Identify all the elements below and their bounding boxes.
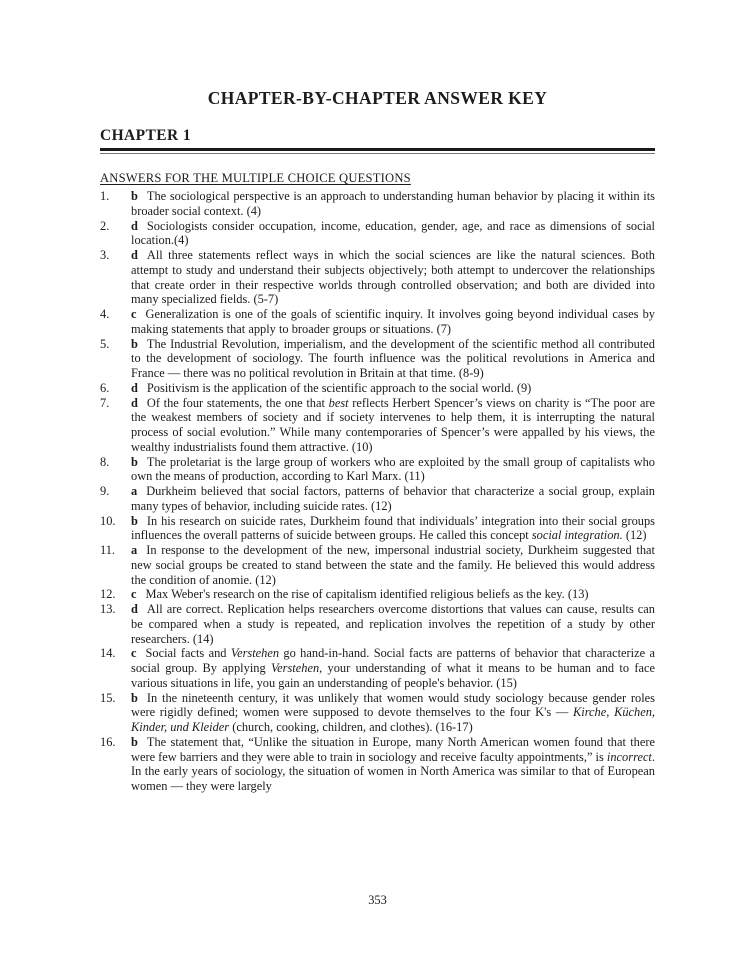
answer-letter: c <box>131 587 137 601</box>
answer-letter: d <box>131 396 138 410</box>
answer-letter: b <box>131 455 138 469</box>
answer-text: The sociological perspective is an appro… <box>131 189 655 218</box>
answer-text: The statement that, “Unlike the situatio… <box>131 735 655 764</box>
answer-text: The proletariat is the large group of wo… <box>131 455 655 484</box>
answer-letter: a <box>131 484 137 498</box>
answer-text: Max Weber's research on the rise of capi… <box>146 587 589 601</box>
answer-item: 8.bThe proletariat is the large group of… <box>100 455 655 485</box>
answer-item: 16.bThe statement that, “Unlike the situ… <box>100 735 655 794</box>
answer-text: All three statements reflect ways in whi… <box>131 248 655 306</box>
answer-letter: d <box>131 381 138 395</box>
answer-number: 11. <box>100 543 115 558</box>
answer-text: Durkheim believed that social factors, p… <box>131 484 655 513</box>
answer-text: All are correct. Replication helps resea… <box>131 602 655 646</box>
answer-number: 6. <box>100 381 109 396</box>
answer-letter: d <box>131 602 138 616</box>
answer-text: (church, cooking, children, and clothes)… <box>229 720 473 734</box>
answer-item: 11.aIn response to the development of th… <box>100 543 655 587</box>
answer-item: 4.cGeneralization is one of the goals of… <box>100 307 655 337</box>
answer-letter: b <box>131 337 138 351</box>
document-title: CHAPTER-BY-CHAPTER ANSWER KEY <box>100 88 655 109</box>
answer-text-italic: Verstehen <box>231 646 279 660</box>
answer-number: 4. <box>100 307 109 322</box>
answer-text: Sociologists consider occupation, income… <box>131 219 655 248</box>
answer-number: 5. <box>100 337 109 352</box>
answer-text-italic: social integration. <box>532 528 623 542</box>
chapter-rule-divider <box>100 148 655 154</box>
answer-item: 5.bThe Industrial Revolution, imperialis… <box>100 337 655 381</box>
answer-letter: a <box>131 543 137 557</box>
answer-number: 2. <box>100 219 109 234</box>
answer-item: 9.aDurkheim believed that social factors… <box>100 484 655 514</box>
answer-letter: c <box>131 307 137 321</box>
answer-item: 10.bIn his research on suicide rates, Du… <box>100 514 655 544</box>
answer-number: 1. <box>100 189 109 204</box>
answers-list: 1.bThe sociological perspective is an ap… <box>100 189 655 794</box>
answer-number: 10. <box>100 514 116 529</box>
answer-number: 7. <box>100 396 109 411</box>
answer-item: 12.cMax Weber's research on the rise of … <box>100 587 655 602</box>
answer-text: Positivism is the application of the sci… <box>147 381 531 395</box>
answer-text: The Industrial Revolution, imperialism, … <box>131 337 655 381</box>
answer-text: In response to the development of the ne… <box>131 543 655 587</box>
answer-letter: d <box>131 248 138 262</box>
answer-letter: b <box>131 189 138 203</box>
answer-letter: b <box>131 691 138 705</box>
answer-text: Generalization is one of the goals of sc… <box>131 307 655 336</box>
page-number: 353 <box>100 893 655 908</box>
answer-item: 7.dOf the four statements, the one that … <box>100 396 655 455</box>
answer-letter: b <box>131 514 138 528</box>
chapter-heading: CHAPTER 1 <box>100 127 655 145</box>
answer-number: 8. <box>100 455 109 470</box>
answer-item: 1.bThe sociological perspective is an ap… <box>100 189 655 219</box>
answer-item: 15.bIn the nineteenth century, it was un… <box>100 691 655 735</box>
answer-letter: b <box>131 735 138 749</box>
answer-number: 15. <box>100 691 116 706</box>
answer-item: 2.dSociologists consider occupation, inc… <box>100 219 655 249</box>
answer-number: 12. <box>100 587 116 602</box>
answer-number: 16. <box>100 735 116 750</box>
answer-item: 6.dPositivism is the application of the … <box>100 381 655 396</box>
answer-text: Of the four statements, the one that <box>147 396 329 410</box>
answer-text-italic: best <box>329 396 349 410</box>
section-heading: ANSWERS FOR THE MULTIPLE CHOICE QUESTION… <box>100 171 655 186</box>
answer-text-italic: incorrect <box>607 750 652 764</box>
answer-item: 3.dAll three statements reflect ways in … <box>100 248 655 307</box>
answer-number: 9. <box>100 484 109 499</box>
answer-letter: c <box>131 646 137 660</box>
answer-number: 14. <box>100 646 116 661</box>
answer-item: 13.dAll are correct. Replication helps r… <box>100 602 655 646</box>
answer-text-italic: Verstehen <box>271 661 319 675</box>
document-page: CHAPTER-BY-CHAPTER ANSWER KEY CHAPTER 1 … <box>0 0 750 970</box>
answer-text: (12) <box>623 528 647 542</box>
answer-number: 13. <box>100 602 116 617</box>
answer-text: Social facts and <box>146 646 231 660</box>
answer-letter: d <box>131 219 138 233</box>
answer-item: 14.cSocial facts and Verstehen go hand-i… <box>100 646 655 690</box>
answer-number: 3. <box>100 248 109 263</box>
